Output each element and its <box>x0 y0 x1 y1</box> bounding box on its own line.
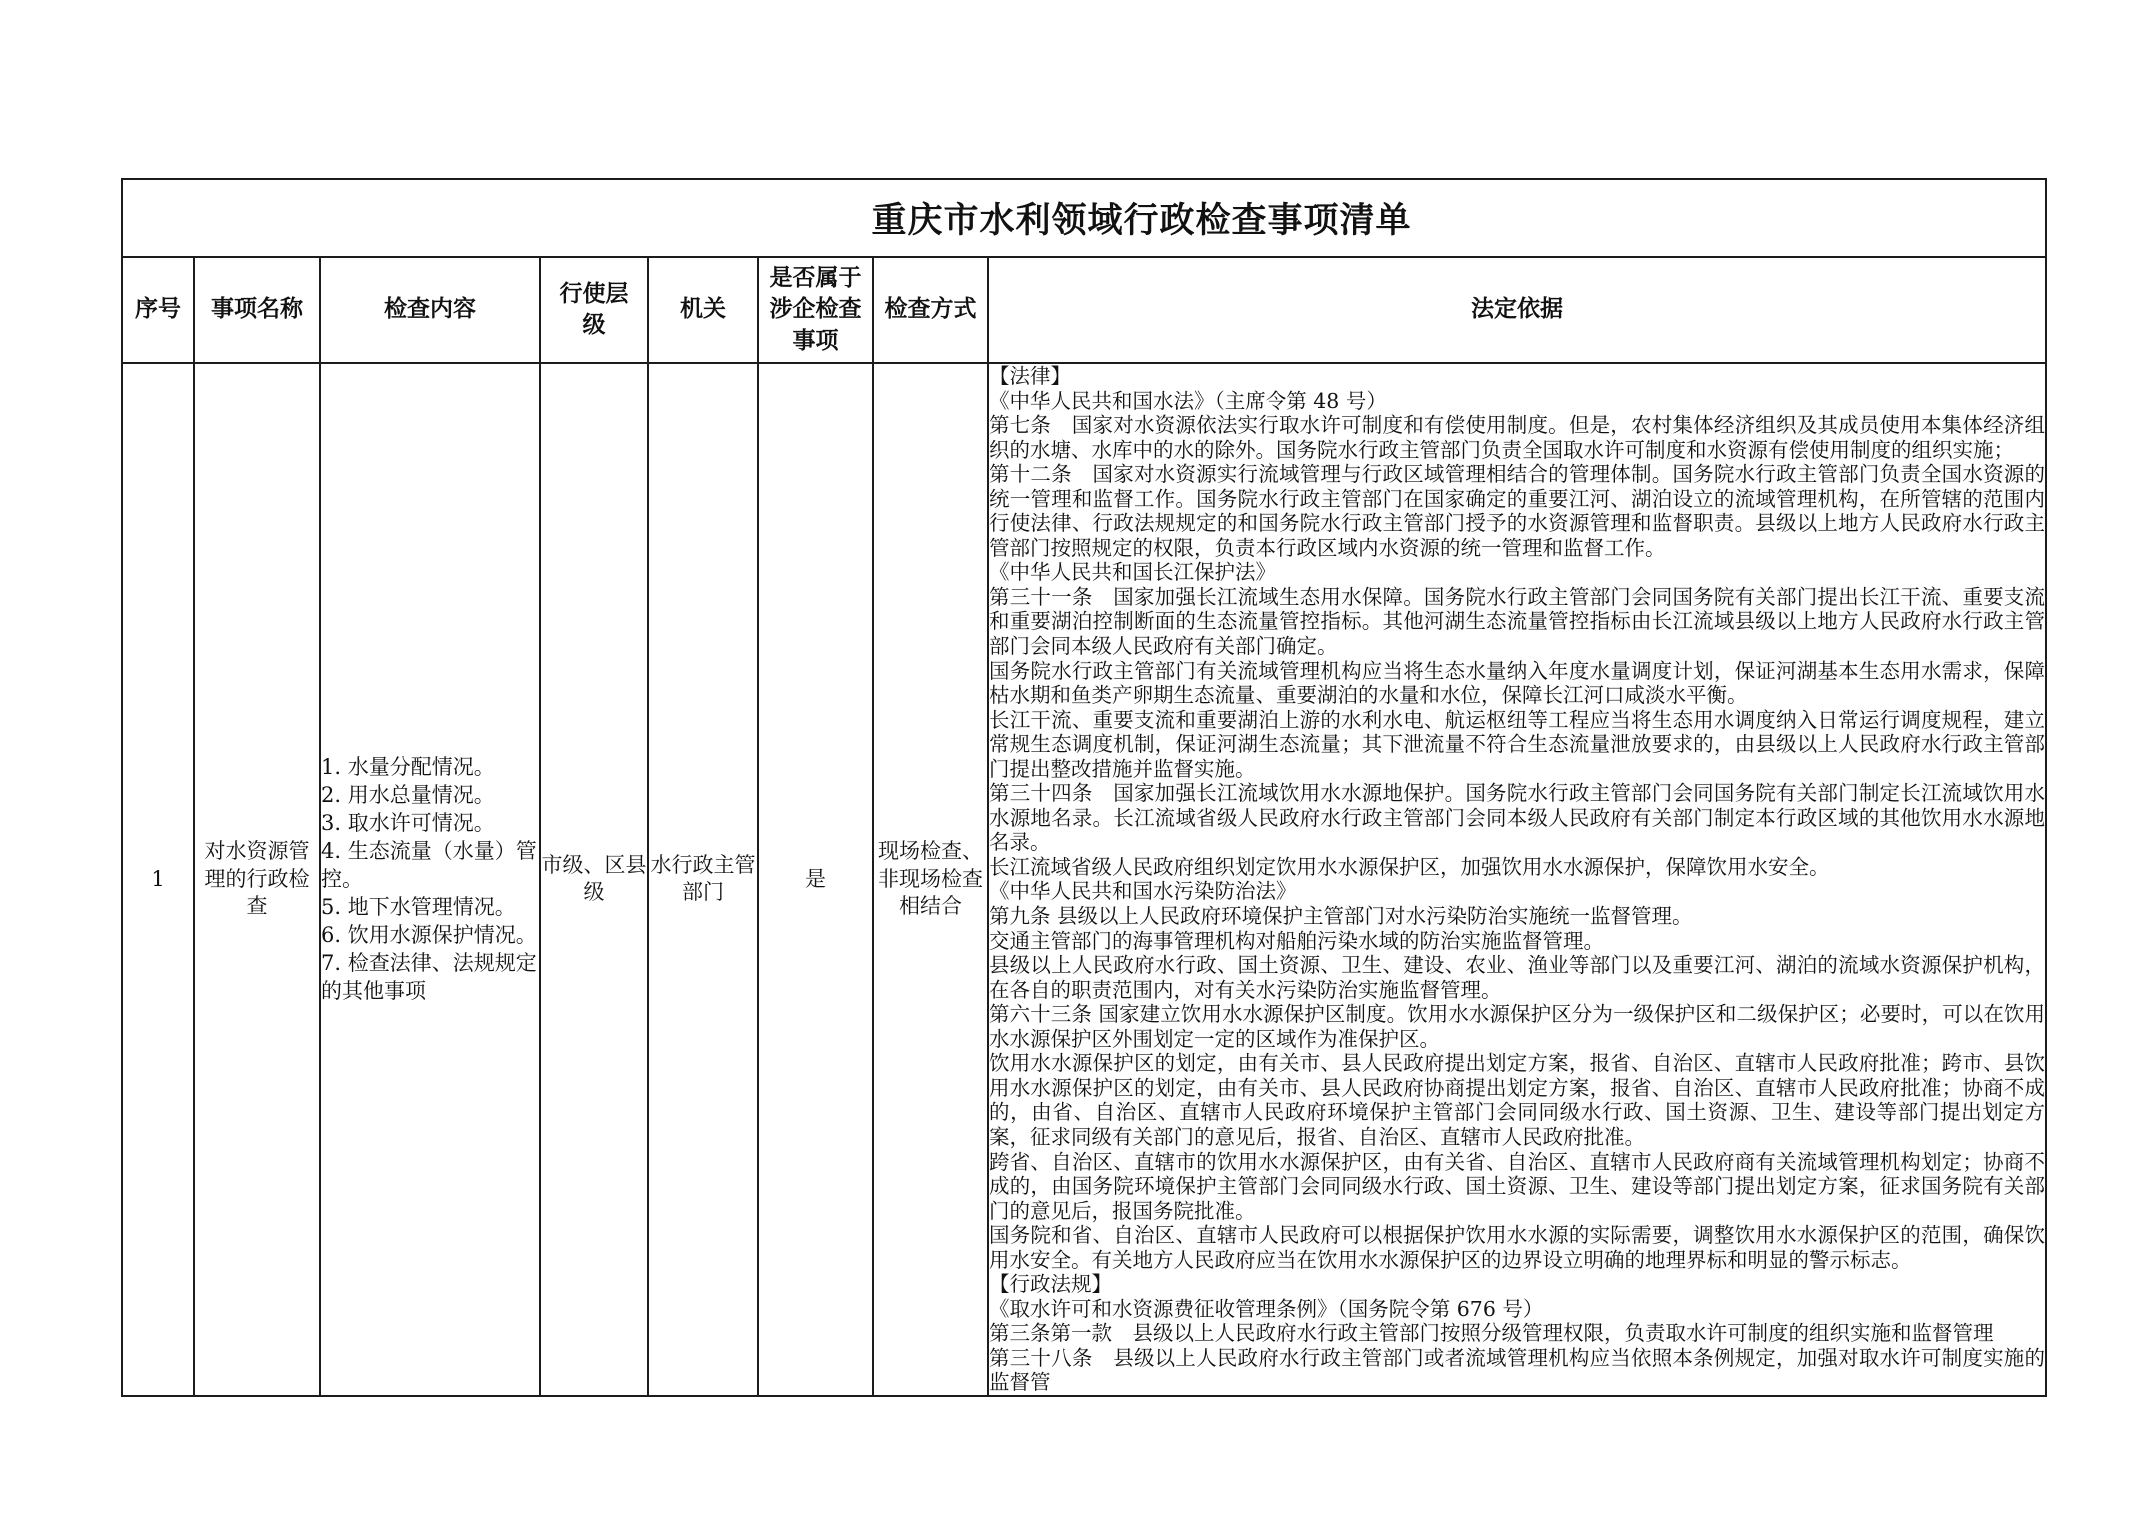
col-header-item-name: 事项名称 <box>194 257 320 363</box>
text-line: 第六十三条 国家建立饮用水水源保护区制度。饮用水水源保护区分为一级保护区和二级保… <box>989 1002 2045 1051</box>
cell-item-name: 对水资源管理的行政检查 <box>194 363 320 1396</box>
col-header-index: 序号 <box>122 257 194 363</box>
text-line: 交通主管部门的海事管理机构对船舶污染水域的防治实施监督管理。 <box>989 929 2045 954</box>
text-line: 3. 取水许可情况。 <box>321 809 539 837</box>
document-page: 重庆市水利领域行政检查事项清单 序号 事项名称 检查内容 行使层 级 机关 是否… <box>0 0 2149 1520</box>
cell-enterprise-related: 是 <box>758 363 873 1396</box>
col-header-organ: 机关 <box>648 257 758 363</box>
cell-exercise-level: 市级、区县级 <box>540 363 648 1396</box>
text-line: 【法律】 <box>989 364 2045 389</box>
table-row: 1 对水资源管理的行政检查 1. 水量分配情况。2. 用水总量情况。3. 取水许… <box>122 363 2046 1396</box>
text-line: 国务院和省、自治区、直辖市人民政府可以根据保护饮用水水源的实际需要，调整饮用水水… <box>989 1223 2045 1272</box>
text-line: 6. 饮用水源保护情况。 <box>321 921 539 949</box>
text-line: 《取水许可和水资源费征收管理条例》（国务院令第 676 号） <box>989 1297 2045 1322</box>
text-line: 5. 地下水管理情况。 <box>321 893 539 921</box>
text-line: 县级以上人民政府水行政、国土资源、卫生、建设、农业、渔业等部门以及重要江河、湖泊… <box>989 953 2045 1002</box>
col-header-enterprise-related: 是否属于 涉企检查 事项 <box>758 257 873 363</box>
text-line: 第十二条 国家对水资源实行流域管理与行政区域管理相结合的管理体制。国务院水行政主… <box>989 462 2045 560</box>
text-line: 第七条 国家对水资源依法实行取水许可制度和有偿使用制度。但是，农村集体经济组织及… <box>989 413 2045 462</box>
cell-organ: 水行政主管部门 <box>648 363 758 1396</box>
text-line: 第三十四条 国家加强长江流域饮用水水源地保护。国务院水行政主管部门会同国务院有关… <box>989 781 2045 855</box>
text-line: 国务院水行政主管部门有关流域管理机构应当将生态水量纳入年度水量调度计划，保证河湖… <box>989 659 2045 708</box>
title-row: 重庆市水利领域行政检查事项清单 <box>122 179 2046 257</box>
cell-inspection-content: 1. 水量分配情况。2. 用水总量情况。3. 取水许可情况。4. 生态流量（水量… <box>320 363 540 1396</box>
text-line: 第九条 县级以上人民政府环境保护主管部门对水污染防治实施统一监督管理。 <box>989 904 2045 929</box>
text-line: 饮用水水源保护区的划定，由有关市、县人民政府提出划定方案，报省、自治区、直辖市人… <box>989 1051 2045 1149</box>
text-line: 第三条第一款 县级以上人民政府水行政主管部门按照分级管理权限，负责取水许可制度的… <box>989 1321 2045 1346</box>
document-title: 重庆市水利领域行政检查事项清单 <box>872 200 1412 241</box>
text-line: 4. 生态流量（水量）管控。 <box>321 837 539 893</box>
text-line: 长江干流、重要支流和重要湖泊上游的水利水电、航运枢纽等工程应当将生态用水调度纳入… <box>989 708 2045 782</box>
col-header-inspection-content: 检查内容 <box>320 257 540 363</box>
col-header-legal-basis: 法定依据 <box>988 257 2046 363</box>
col-header-exercise-level: 行使层 级 <box>540 257 648 363</box>
table-header-row: 序号 事项名称 检查内容 行使层 级 机关 是否属于 涉企检查 事项 检查方式 … <box>122 257 2046 363</box>
text-line: 第三十一条 国家加强长江流域生态用水保障。国务院水行政主管部门会同国务院有关部门… <box>989 585 2045 659</box>
text-line: 【行政法规】 <box>989 1272 2045 1297</box>
text-line: 第三十八条 县级以上人民政府水行政主管部门或者流域管理机构应当依照本条例规定，加… <box>989 1346 2045 1395</box>
inspection-items-table: 重庆市水利领域行政检查事项清单 序号 事项名称 检查内容 行使层 级 机关 是否… <box>121 178 2047 1397</box>
text-line: 7. 检查法律、法规规定的其他事项 <box>321 949 539 1005</box>
text-line: 长江流域省级人民政府组织划定饮用水水源保护区，加强饮用水水源保护，保障饮用水安全… <box>989 855 2045 880</box>
text-line: 2. 用水总量情况。 <box>321 781 539 809</box>
text-line: 《中华人民共和国水法》（主席令第 48 号） <box>989 389 2045 414</box>
text-line: 《中华人民共和国长江保护法》 <box>989 560 2045 585</box>
title-cell: 重庆市水利领域行政检查事项清单 <box>122 179 2046 257</box>
cell-legal-basis: 【法律】《中华人民共和国水法》（主席令第 48 号）第七条 国家对水资源依法实行… <box>988 363 2046 1396</box>
cell-inspection-method: 现场检查、非现场检查相结合 <box>873 363 988 1396</box>
cell-index: 1 <box>122 363 194 1396</box>
text-line: 1. 水量分配情况。 <box>321 753 539 781</box>
text-line: 跨省、自治区、直辖市的饮用水水源保护区，由有关省、自治区、直辖市人民政府商有关流… <box>989 1150 2045 1224</box>
col-header-inspection-method: 检查方式 <box>873 257 988 363</box>
text-line: 《中华人民共和国水污染防治法》 <box>989 879 2045 904</box>
